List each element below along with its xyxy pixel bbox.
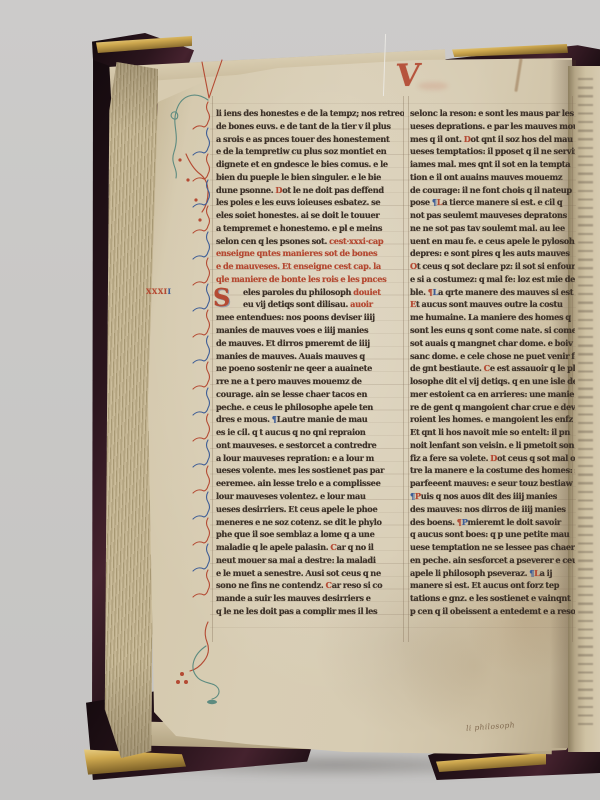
ruling-vertical (408, 96, 409, 642)
chapter-marker-blue: i (168, 286, 172, 297)
text-line: ont mauveses. e sestorcet a contredre (216, 439, 404, 452)
text-line: mande a suir les mauves desirriers e (216, 592, 404, 605)
text-line: phe que il soe semblaz a lome q a une (216, 528, 404, 541)
flourish-bar-segment (193, 570, 210, 597)
text-line: q aucus sont boes: q p une petite mau (410, 528, 575, 541)
text-line: ueses volente. mes les sostienet pas par (216, 464, 404, 477)
text-line: eles soiet honestes. ai se doit le touue… (216, 209, 404, 222)
text-line: ne ne sot pas tav soulemt mal. au lee (410, 222, 575, 235)
text-line: re de gent q mangoient char crue e devo (410, 401, 575, 414)
text-line: bien du pueple le bien singuler. e le bi… (216, 171, 404, 184)
text-line: ¶Puis q nos auos dit des iiij manies (410, 490, 575, 503)
text-line: maladie q le apele palasin. Car q no il (216, 541, 404, 554)
text-line: de gnt bestiaute. Ce est assauoir q le p… (410, 362, 575, 375)
text-line: sono ne fins ne contendz. Car reso si co (216, 579, 404, 592)
flourish-bar-segment (193, 128, 210, 155)
flourish-bar-segment (193, 388, 210, 415)
text-line: les poles e les euvs ioieuses esbatez. s… (216, 196, 404, 209)
text-line: Et qnt li hos navoit mie so entelt: il p… (410, 426, 575, 439)
text-line: parfeeent mauves: e seur touz bestiaw (410, 477, 575, 490)
flourish-bar-segment (193, 492, 210, 519)
flourish-bar-segment (193, 518, 210, 545)
text-line: manies de mauves. Auais mauves q (216, 350, 404, 363)
text-line: dune psonne. Dot le ne doit pas deffend (216, 184, 404, 197)
text-line: eeremee. ain lesse trelo e a complissee (216, 477, 404, 490)
text-line: de mauves. Et dirros pmeremt de iiij (216, 337, 404, 350)
red-chain-flourish (186, 154, 208, 212)
text-line: dres e mous. ¶Lautre manie de mau (216, 413, 404, 426)
text-line: meneres e ne soz cotenz. se dit le phylo (216, 516, 404, 529)
text-line: courage. ain se lesse chaer tacos en (216, 388, 404, 401)
text-column-right: selonc la reson: e sont les maus par les… (410, 107, 575, 618)
folio-number: V (394, 58, 422, 95)
text-line: apele li philosoph pseveraz. ¶La ij (410, 567, 575, 580)
flourish-bar-segment (193, 440, 210, 467)
flourish-bar-segment (193, 284, 210, 311)
text-line: manies de mauves voes e iiij manies (216, 324, 404, 337)
text-line: de bones euvs. e de tant de la tier v il… (216, 120, 404, 133)
bottom-teal-flourish (193, 646, 219, 699)
text-line: eles paroles du philosoph douiet (216, 286, 404, 299)
teal-curl-flourish (173, 95, 208, 178)
text-line: ueses desirriers. Et ceus apele le phoe (216, 503, 404, 516)
text-line: a lour mauveses repration: e a lour m (216, 452, 404, 465)
flourish-bar-segment (193, 466, 210, 493)
text-line: en peche. ain sesforcet a pseverer e ceu… (410, 554, 575, 567)
text-line: selonc la reson: e sont les maus par les… (410, 107, 575, 120)
text-line: qle maniere de bonte les rois e les pnce… (216, 273, 404, 286)
text-line: eu vij detiqs sont dilisau. auoir (216, 298, 404, 311)
text-line: sont les euns q sont come nate. si come (410, 324, 575, 337)
facing-page-text-showthrough (578, 78, 593, 726)
text-line: tion e il ont auains mauves mouemz (410, 171, 575, 184)
text-line: enseigne qntes manieres sot de bones (216, 247, 404, 260)
red-pigment-smear (418, 82, 448, 90)
text-line: selon cen q les psones sot. cest·xxxi·ca… (216, 235, 404, 248)
text-line: li iens des honestes e de la tempz; nos … (216, 107, 404, 120)
text-line: de courage: il ne font chois q il nateup (410, 184, 575, 197)
text-line: e si a costumez: q mal fe: loz est mie d… (410, 273, 575, 286)
text-line: pose ¶La tierce manere si est. e cil q (410, 196, 575, 209)
text-line: roient les homes. e mangoient les enfz (410, 413, 575, 426)
text-line: me humaine. La maniere des homes q (410, 311, 575, 324)
text-line: des mauves: nos dirros de iiij manies (410, 503, 575, 516)
text-line: manere si est. Et aucus ont forz tep (410, 579, 575, 592)
text-line: e de la tempretiw cu plus soz montiet en (216, 145, 404, 158)
text-line: sot auais q mangnet char dome. e boiv (410, 337, 575, 350)
text-line: es ie cil. q t aucus q no qni repraion (216, 426, 404, 439)
text-line: depres: e sont pires q les auts mauves (410, 247, 575, 260)
text-line: rre ne a t pero mauves mouemz de (216, 375, 404, 388)
drop-cap-initial: S (213, 283, 230, 312)
flourish-bar-segment (193, 310, 210, 337)
text-line: dignete et en gndesce le bies comus. e l… (216, 158, 404, 171)
flourish-bar-segment (193, 362, 210, 389)
text-line: tations e gnz. e les sostienet e vainqnt (410, 592, 575, 605)
text-line: mee entendues: nos poons deviser iiij (216, 311, 404, 324)
text-line: uent en mau fe. e ceus apele le pylosoh (410, 235, 575, 248)
manuscript-photo: li iens des honestes e de la tempz; nos … (0, 0, 600, 800)
text-line: tre la manere e la costume des homes: se (410, 464, 575, 477)
flourish-bar-segment (193, 336, 210, 363)
text-line: q le ne les doit pas a complir mes il le… (216, 605, 404, 618)
text-column-left: li iens des honestes e de la tempz; nos … (216, 107, 404, 618)
text-line: Ot ceus q sot declare pz: il sot si enfo… (410, 260, 575, 273)
text-line: ueses temptatios: il pposet q il ne serv… (410, 145, 575, 158)
text-line: iames mal. mes qnt il sot en la tempta (410, 158, 575, 171)
text-line: mer estoient ca en arrieres: une manie (410, 388, 575, 401)
text-line: ueses deprations. e par les mauves moue (410, 120, 575, 133)
text-line: uese temptation ne se lessee pas chaer (410, 541, 575, 554)
text-line: lour mauveses volentez. e lour mau (216, 490, 404, 503)
flourish-bar-segment (193, 258, 210, 285)
flourish-bar-segment (193, 414, 210, 441)
text-line: p cen q il obeissent a entedemt e a reso (410, 605, 575, 618)
flourish-bar-segment (193, 102, 210, 129)
text-line: des boens. ¶Pmieremt le doit savoir (410, 516, 575, 529)
flourish-bar-segment (193, 544, 210, 571)
flourish-bar-segment (193, 154, 210, 181)
text-line: ble. ¶La qrte manere des mauves si est (410, 286, 575, 299)
text-line: e le muet a senestre. Ausi sot ceus q ne (216, 567, 404, 580)
text-line: peche. e ceus le philosophe apele ten (216, 401, 404, 414)
text-line: a srois e as pnces touer des honestement (216, 133, 404, 146)
text-line: not pas seulemt mauveses depratons (410, 209, 575, 222)
text-line: fiz a fere sa volete. Dot ceus q sot mal… (410, 452, 575, 465)
text-line: Et aucus sont mauves outre la costu (410, 298, 575, 311)
text-line: sanc dome. e cele chose ne puet venir fo… (410, 350, 575, 363)
flourish-bar-segment (193, 232, 210, 259)
text-line: a tempremet e honestemo. e pl e meins (216, 222, 404, 235)
red-v-flourish (202, 60, 222, 98)
text-line: ne poeno sostenir ne qeer a auainete (216, 362, 404, 375)
chapter-marker-red: xxxi (146, 286, 168, 297)
chapter-marker: xxxii (146, 286, 171, 297)
text-line: noit lenfant son veisin. e li pmetoit so… (410, 439, 575, 452)
text-line: losophe dit el vij detiqs. q en une isle… (410, 375, 575, 388)
text-line: e de mauveses. Et enseigne cest cap. la (216, 260, 404, 273)
flourish-bar-segment (193, 180, 210, 207)
text-line: neut mouer sa mai a destre: la maladi (216, 554, 404, 567)
text-line: mes q il ont. Dot qnt il soz hos del mau (410, 133, 575, 146)
